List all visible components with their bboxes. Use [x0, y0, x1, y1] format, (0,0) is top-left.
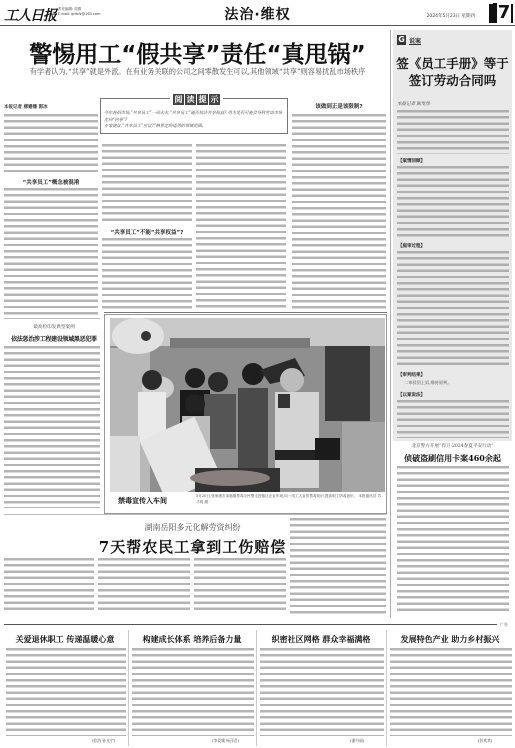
lead-section-heading-1: “共享员工”概念被混淆 [4, 178, 98, 186]
column-divider [386, 630, 387, 746]
issue-date: 2024年5月23日 星期四 [427, 13, 475, 19]
sidebar-section-result: 【审判结果】 [398, 372, 425, 378]
ad-story-body-1 [6, 648, 126, 736]
case-tag-label: 说案 [409, 36, 421, 45]
ad-story-headline-3: 织密社区网格 群众幸福满格 [258, 634, 384, 645]
lead-section-heading-3: 该做到正是该限制? [292, 102, 386, 110]
reading-tips-text: 今年春招市场,“共享员工”一词火火,“共享员工”能否依法共享权益? 用为是否可能… [104, 110, 284, 130]
anti-drug-photo [110, 318, 385, 492]
ad-story-credit-1: (欧洛 孙光宇) [92, 738, 115, 744]
column-divider [128, 630, 129, 746]
lead-body-col1-b [4, 188, 98, 316]
divider [4, 514, 387, 515]
lead-body-col1-a [4, 114, 98, 176]
ad-story-credit-3: (潘丹丽) [350, 738, 364, 744]
case-tag-icon: G [397, 35, 406, 45]
sidebar-section-trial: 【庭审过程】 [398, 243, 425, 249]
sidebar-headline-line: 签《员工手册》等于 [393, 55, 512, 72]
ad-story-credit-4: (彭欢欢) [478, 738, 492, 744]
ad-divider [4, 624, 511, 625]
page-number: 7 [493, 3, 511, 23]
case-tag: G 说案 [397, 35, 421, 45]
tips-char: 阅 [173, 94, 184, 105]
police-story-headline: 侦破盗刷信用卡案460余起 [393, 453, 512, 464]
police-story-kicker: 北京警方开展“捍卫·2024春夏平安行动” [393, 443, 512, 449]
ad-story-headline-2: 构建成长体系 培养后备力量 [130, 634, 254, 645]
photo-illustration-icon [110, 318, 385, 492]
lead-body-col2-a [102, 144, 192, 222]
tips-line: 今年春招市场,“共享员工”一词火火,“共享员工”能否依法共享权益? 用为是否可能… [104, 110, 284, 123]
labor-story-col2 [98, 558, 190, 614]
court-story-headline: 依法惩治涉工程建设领域黑恶犯罪 [4, 334, 104, 343]
sidebar-intro [397, 110, 509, 154]
tips-char: 提 [197, 94, 208, 105]
labor-story-col3 [194, 558, 286, 614]
reading-tips-title: 阅 读 提 示 [170, 94, 223, 105]
divider [4, 318, 100, 319]
tips-char: 示 [209, 94, 220, 105]
lead-body-col4 [292, 114, 386, 310]
ad-story-headline-1: 关爱退休职工 传递温暖心意 [4, 634, 126, 645]
ad-story-body-4 [390, 648, 512, 736]
sidebar-section-analysis: 【以案说法】 [398, 392, 425, 398]
tips-char: 读 [185, 94, 196, 105]
masthead: 工人日报 责任编辑: 周倩 E-mail: grrbfz@163.com 法治·… [0, 0, 515, 26]
labor-story-col4 [290, 518, 386, 614]
sidebar-byline: 本报记者 陈发珍 [397, 101, 430, 107]
divider [104, 312, 387, 313]
ad-label: 广告 [497, 622, 511, 628]
sidebar-case-body [397, 166, 509, 240]
photo-caption: 5月20日,张家港市凤凰镇禁毒办民警走进辖区企业车间,向一线工人宣传禁毒知识,提… [196, 494, 382, 505]
photo-caption-title: 禁毒宣传入车间 [118, 496, 167, 506]
ad-story-body-3 [260, 648, 384, 736]
column-divider [390, 30, 391, 618]
lead-headline: 警惕用工“假共享”责任“真甩锅” [10, 36, 385, 69]
lead-body-col3 [196, 144, 286, 310]
court-story-body [4, 346, 100, 508]
ad-story-credit-2: (李爱娥 杨萍君) [212, 738, 239, 744]
police-story-body [397, 466, 509, 614]
ad-story-body-2 [132, 648, 254, 736]
tips-line: 专家建议,“共享员工”应以严格界定的适用的领域范围。 [104, 123, 284, 130]
lead-section-heading-2: “共享员工”不能“共享权益”? [102, 228, 192, 236]
sidebar-section-case: 【案情回顾】 [398, 158, 425, 164]
sidebar-result-text: 二审驳回上诉,维持原判。 [404, 380, 510, 388]
lead-byline: 本报记者 柳姗姗 郭冰 [4, 104, 48, 110]
court-story-kicker: 最高检印发典型案例 [4, 324, 104, 330]
sidebar-analysis-body [397, 400, 509, 438]
lead-subhead: 有学者认为,“共享”就是外派。在有业务关联的公司之间零散发生可以,其他领域“共享… [10, 67, 385, 77]
ad-story-headline-4: 发展特色产业 助力乡村振兴 [388, 634, 512, 645]
lead-body-col2-b [102, 238, 192, 310]
sidebar-trial-body [397, 251, 509, 369]
sidebar-headline: 签《员工手册》等于 签订劳动合同吗 [393, 55, 512, 89]
labor-story-col1 [4, 558, 94, 614]
column-divider [256, 630, 257, 746]
sidebar-headline-line: 签订劳动合同吗 [393, 72, 512, 89]
